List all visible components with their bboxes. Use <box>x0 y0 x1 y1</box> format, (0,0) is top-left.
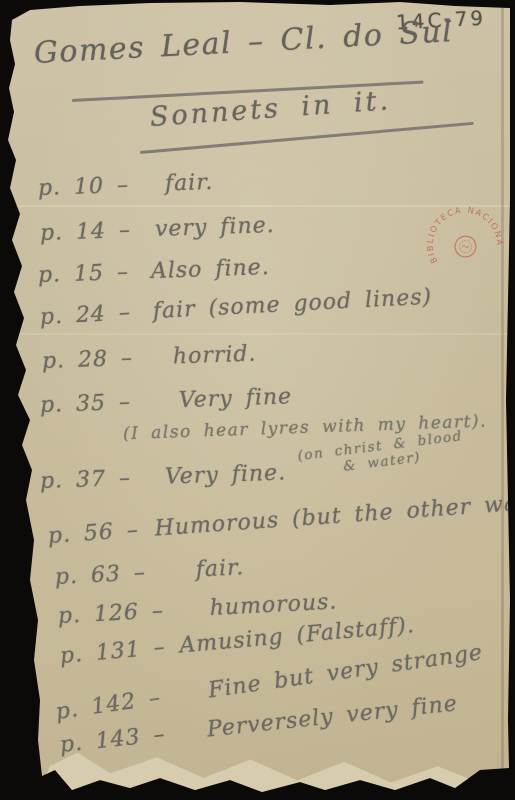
sonnet-entry-row: p. 10 –fair. <box>38 170 214 202</box>
paper-right-edge-shadow <box>501 8 504 770</box>
page-number-label: p. 37 – <box>40 466 132 494</box>
assessment-note: Also fine. <box>151 255 271 286</box>
sonnet-entry-row: p. 24 –fair (some good lines) <box>39 284 432 331</box>
assessment-note: fair. <box>195 555 245 584</box>
biblioteca-nacional-stamp-icon: BIBLIOTECA NACIONAL <box>412 186 515 298</box>
page-number-label: p. 142 – <box>54 685 163 725</box>
assessment-note: Humorous (but the other way) <box>154 490 515 543</box>
assessment-note: Very fine <box>179 384 293 414</box>
assessment-note: very fine. <box>155 213 276 244</box>
sonnet-entry-row: p. 14 –very fine. <box>40 213 276 248</box>
sonnet-entry-row: p. 37 –Very fine. (on christ & blood & w… <box>40 460 287 495</box>
sonnet-entry-row: p. 63 –fair. <box>54 555 245 591</box>
torn-bottom-edge <box>40 748 508 794</box>
assessment-note: humorous. <box>209 589 338 622</box>
assessment-note: fair (some good lines) <box>152 284 433 325</box>
scanned-note-page: 14C-79 Gomes Leal – Cl. do Sul Sonnets i… <box>0 0 515 800</box>
page-number-label: p. 56 – <box>47 518 140 549</box>
sonnet-entry-row: p. 56 –Humorous (but the other way) <box>47 490 515 551</box>
page-number-label: p. 15 – <box>38 260 130 288</box>
svg-text:BIBLIOTECA NACIONAL: BIBLIOTECA NACIONAL <box>412 186 508 272</box>
sonnet-entry-row: p. 35 –Very fine (I also hear lyres with… <box>40 384 293 419</box>
page-number-label: p. 63 – <box>54 560 146 590</box>
torn-paper-sheet: 14C-79 Gomes Leal – Cl. do Sul Sonnets i… <box>0 0 515 800</box>
stamp-emblem-crest <box>462 244 469 249</box>
assessment-note: fair. <box>165 170 214 198</box>
page-number-label: p. 131 – <box>59 635 167 669</box>
page-number-label: p. 24 – <box>39 300 131 330</box>
document-title: Gomes Leal – Cl. do Sul <box>33 14 454 71</box>
page-number-label: p. 35 – <box>40 390 132 418</box>
page-number-label: p. 126 – <box>57 598 164 629</box>
sonnet-entry-row: p. 15 –Also fine. <box>38 255 271 289</box>
sonnet-entry-row: p. 28 –horrid. <box>42 342 257 376</box>
page-number-label: p. 14 – <box>40 218 132 246</box>
stamp-arc-text: BIBLIOTECA NACIONAL <box>412 186 508 272</box>
assessment-note: Very fine. <box>165 460 287 491</box>
paper-crease <box>10 333 510 335</box>
assessment-note: horrid. <box>173 342 257 371</box>
page-number-label: p. 143 – <box>59 722 167 758</box>
page-number-label: p. 10 – <box>38 173 130 201</box>
page-number-label: p. 28 – <box>42 346 134 374</box>
